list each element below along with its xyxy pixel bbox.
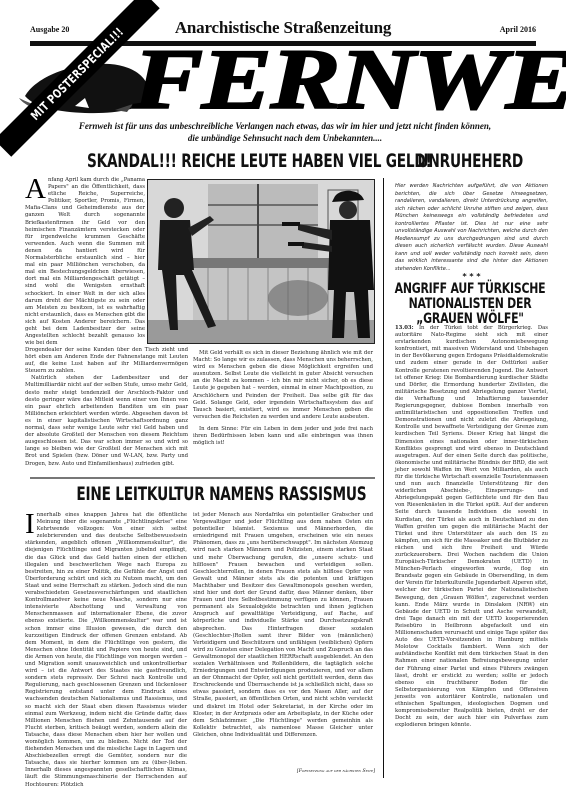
headline-skandal: SKANDAL!!! REICHE LEUTE HABEN VIEL GELD! [20, 150, 380, 172]
dropcap: A [25, 178, 46, 200]
newspaper-logo: FERNWEH [133, 40, 566, 118]
tagline-line-2: die unbändige Sehnsucht nach dem Unbekan… [30, 132, 540, 144]
leitkultur-column-1: Innerhalb eines knappen Jahres hat die ö… [25, 512, 187, 789]
tagline: Fernweh ist für uns das unbeschreibliche… [30, 120, 540, 144]
robbery-illustration [147, 179, 375, 344]
section-separator: * * * [395, 272, 548, 281]
headline-leitkultur: EINE LEITKULTUR NAMENS RASSISMUS [20, 483, 380, 505]
unruheherd-intro: Hier werden Nachrichten aufgeführt, die … [395, 183, 548, 273]
skandal-column-1: Anfang April kam durch die „Panama Paper… [25, 177, 145, 347]
dropcap: I [25, 513, 35, 535]
headline-angriff: ANGRIFF AUF TÜRKISCHE NATIONALISTEN DER … [390, 282, 550, 327]
angriff-article: 13.03: In der Türkei tobt der Bürgerkrie… [395, 325, 548, 729]
column-rule [383, 178, 384, 778]
leitkultur-column-2: ist jeder Mensch aus Nordafrika ein pote… [193, 512, 373, 739]
tagline-line-1: Fernweh ist für uns das unbeschreibliche… [30, 120, 540, 132]
headline-unruheherd: UNRUHEHERD [390, 150, 550, 172]
skandal-column-2: Mit Geld verhält es sich in dieser Bezie… [193, 350, 373, 447]
issue-number: Ausgabe 20 [30, 25, 69, 34]
section-divider [30, 477, 375, 479]
skandal-wide-column: Drogendealer der seine Kunden über den T… [25, 347, 188, 468]
continuation-note: [Fortsetzung auf der nächsten Seite] [290, 769, 375, 774]
masthead: Ausgabe 20 Anarchistische Straßenzeitung… [0, 0, 566, 150]
entry-date: 13.03: [395, 325, 414, 331]
engraving-icon [148, 180, 375, 344]
